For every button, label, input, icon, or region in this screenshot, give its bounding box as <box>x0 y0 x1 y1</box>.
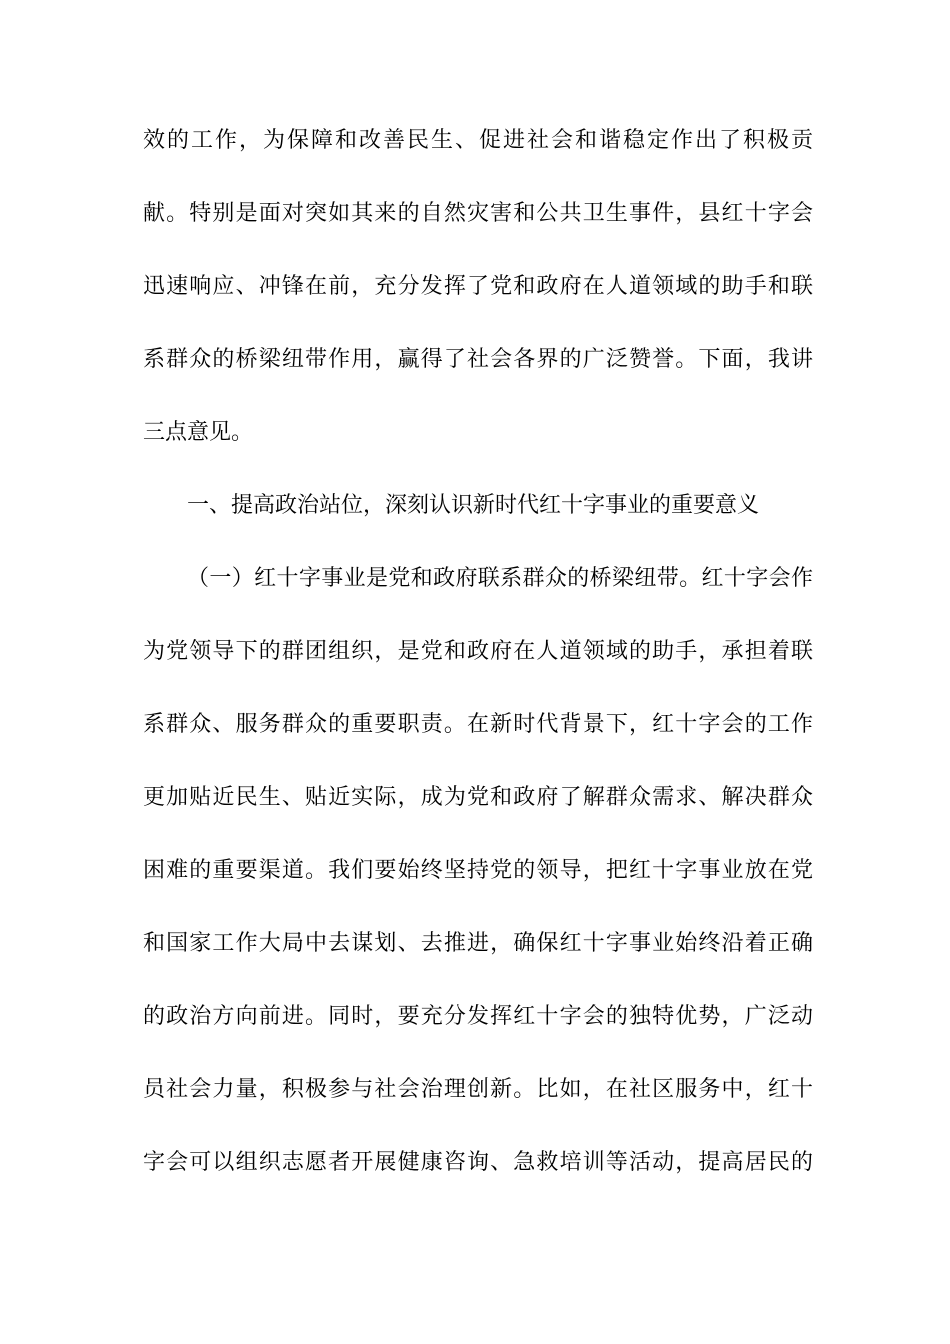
text-line: 三点意见。 <box>143 395 813 468</box>
text-line: 更加贴近民生、贴近实际，成为党和政府了解群众需求、解决群众 <box>143 760 813 833</box>
text-line: 献。特别是面对突如其来的自然灾害和公共卫生事件，县红十字会 <box>143 176 813 249</box>
text-line: 困难的重要渠道。我们要始终坚持党的领导，把红十字事业放在党 <box>143 833 813 906</box>
text-line: 的政治方向前进。同时，要充分发挥红十字会的独特优势，广泛动 <box>143 979 813 1052</box>
document-page: 效的工作，为保障和改善民生、促进社会和谐稳定作出了积极贡献。特别是面对突如其来的… <box>0 0 950 1344</box>
text-line: 为党领导下的群团组织，是党和政府在人道领域的助手，承担着联 <box>143 614 813 687</box>
document-body: 效的工作，为保障和改善民生、促进社会和谐稳定作出了积极贡献。特别是面对突如其来的… <box>143 103 813 1198</box>
text-line: 迅速响应、冲锋在前，充分发挥了党和政府在人道领域的助手和联 <box>143 249 813 322</box>
text-line: 和国家工作大局中去谋划、去推进，确保红十字事业始终沿着正确 <box>143 906 813 979</box>
text-line: 系群众、服务群众的重要职责。在新时代背景下，红十字会的工作 <box>143 687 813 760</box>
text-line: （一）红十字事业是党和政府联系群众的桥梁纽带。红十字会作 <box>143 541 813 614</box>
text-line: 效的工作，为保障和改善民生、促进社会和谐稳定作出了积极贡 <box>143 103 813 176</box>
text-line: 一、提高政治站位，深刻认识新时代红十字事业的重要意义 <box>143 468 813 541</box>
text-line: 系群众的桥梁纽带作用，赢得了社会各界的广泛赞誉。下面，我讲 <box>143 322 813 395</box>
text-line: 员社会力量，积极参与社会治理创新。比如，在社区服务中，红十 <box>143 1052 813 1125</box>
text-line: 字会可以组织志愿者开展健康咨询、急救培训等活动，提高居民的 <box>143 1125 813 1198</box>
